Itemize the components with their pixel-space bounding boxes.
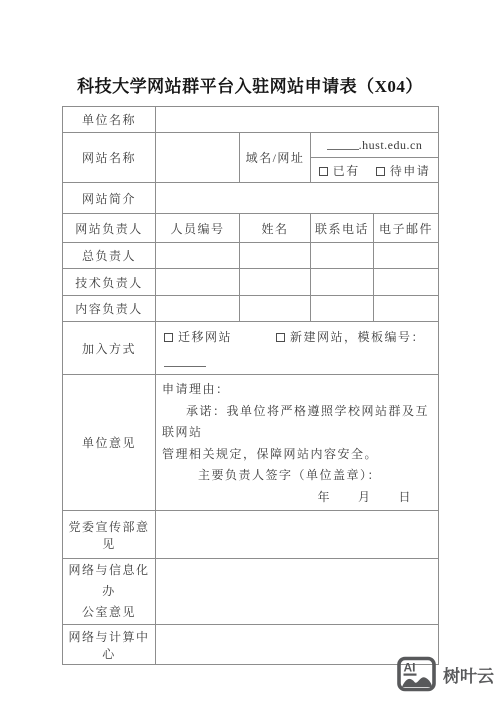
tech-manager-label: 技术负责人 xyxy=(63,269,156,296)
site-name-field[interactable] xyxy=(156,133,240,183)
opinion-reason-line: 申请理由： xyxy=(162,379,432,401)
checkbox-pending-icon[interactable] xyxy=(376,167,385,176)
checkbox-existing-icon[interactable] xyxy=(319,167,328,176)
template-number-blank-line[interactable] xyxy=(164,356,206,367)
managers-label: 网站负责人 xyxy=(63,214,156,243)
domain-value-cell: .hust.edu.cn xyxy=(311,133,439,158)
content-manager-id-field[interactable] xyxy=(156,296,240,322)
column-header-phone: 联系电话 xyxy=(311,214,374,243)
info-office-label-line1: 网络与信息化办 xyxy=(65,560,153,602)
unit-name-field[interactable] xyxy=(156,107,439,133)
info-office-label-line2: 公室意见 xyxy=(65,602,153,623)
table-row-unit-name: 单位名称 xyxy=(63,107,439,133)
domain-blank-line[interactable] xyxy=(327,139,359,150)
brand-name: 树叶云 xyxy=(443,662,494,687)
table-row-site-name: 网站名称 域名/网址 .hust.edu.cn xyxy=(63,133,439,158)
join-method-options: 迁移网站新建网站，模板编号： xyxy=(164,328,430,345)
shuyeyun-watermark: AI 树叶云 xyxy=(397,656,494,692)
tech-manager-email-field[interactable] xyxy=(374,269,439,296)
template-number-line xyxy=(164,355,430,370)
table-row-propaganda-dept: 党委宣传部意见 xyxy=(63,511,439,559)
general-manager-id-field[interactable] xyxy=(156,243,240,269)
tech-manager-name-field[interactable] xyxy=(240,269,311,296)
opinion-signature-line: 主要负责人签字（单位盖章）： xyxy=(162,465,432,487)
propaganda-dept-field[interactable] xyxy=(156,511,439,559)
table-row-computing-center: 网络与计算中心 xyxy=(63,625,439,665)
domain-suffix: .hust.edu.cn xyxy=(359,138,423,152)
opinion-promise-line1: 承诺：我单位将严格遵照学校网站群及互联网站 xyxy=(162,401,432,444)
table-row-site-intro: 网站简介 xyxy=(63,183,439,214)
logo-ai-text: AI xyxy=(404,661,416,675)
table-row-content-manager: 内容负责人 xyxy=(63,296,439,322)
general-manager-label: 总负责人 xyxy=(63,243,156,269)
info-office-field[interactable] xyxy=(156,559,439,625)
site-intro-label: 网站简介 xyxy=(63,183,156,214)
checkbox-migrate-icon[interactable] xyxy=(164,333,173,342)
unit-opinion-label: 单位意见 xyxy=(63,375,156,511)
table-row-unit-opinion: 单位意见 申请理由： 承诺：我单位将严格遵照学校网站群及互联网站 管理相关规定，… xyxy=(63,375,439,511)
propaganda-dept-label: 党委宣传部意见 xyxy=(63,511,156,559)
content-manager-phone-field[interactable] xyxy=(311,296,374,322)
general-manager-email-field[interactable] xyxy=(374,243,439,269)
unit-opinion-cell: 申请理由： 承诺：我单位将严格遵照学校网站群及互联网站 管理相关规定，保障网站内… xyxy=(156,375,439,511)
general-manager-name-field[interactable] xyxy=(240,243,311,269)
domain-label: 域名/网址 xyxy=(240,133,311,183)
domain-option-existing: 已有 xyxy=(319,164,360,178)
site-intro-field[interactable] xyxy=(156,183,439,214)
join-method-label: 加入方式 xyxy=(63,322,156,375)
table-row-managers-header: 网站负责人 人员编号 姓名 联系电话 电子邮件 xyxy=(63,214,439,243)
join-option-migrate-label: 迁移网站 xyxy=(178,330,232,344)
info-office-label: 网络与信息化办 公室意见 xyxy=(63,559,156,625)
table-row-join-method: 加入方式 迁移网站新建网站，模板编号： xyxy=(63,322,439,375)
column-header-name: 姓名 xyxy=(240,214,311,243)
content-manager-email-field[interactable] xyxy=(374,296,439,322)
table-row-general-manager: 总负责人 xyxy=(63,243,439,269)
checkbox-new-site-icon[interactable] xyxy=(276,333,285,342)
join-method-cell: 迁移网站新建网站，模板编号： xyxy=(156,322,439,375)
computing-center-label: 网络与计算中心 xyxy=(63,625,156,665)
tech-manager-id-field[interactable] xyxy=(156,269,240,296)
site-name-label: 网站名称 xyxy=(63,133,156,183)
opinion-date-line: 年 月 日 xyxy=(162,487,432,509)
domain-option-pending: 待申请 xyxy=(376,164,431,178)
tech-manager-phone-field[interactable] xyxy=(311,269,374,296)
join-option-new: 新建网站，模板编号： xyxy=(276,330,425,344)
opinion-promise-line2: 管理相关规定，保障网站内容安全。 xyxy=(162,444,432,466)
domain-option-pending-label: 待申请 xyxy=(390,164,431,178)
application-form-table: 单位名称 网站名称 域名/网址 .hust.edu.cn 已有待申请 网站简介 … xyxy=(62,106,439,665)
content-manager-label: 内容负责人 xyxy=(63,296,156,322)
domain-option-existing-label: 已有 xyxy=(333,164,360,178)
ai-image-icon: AI xyxy=(397,656,436,692)
column-header-email: 电子邮件 xyxy=(374,214,439,243)
table-row-info-office: 网络与信息化办 公室意见 xyxy=(63,559,439,625)
general-manager-phone-field[interactable] xyxy=(311,243,374,269)
page-title: 科技大学网站群平台入驻网站申请表（X04） xyxy=(0,72,500,97)
join-option-migrate: 迁移网站 xyxy=(164,330,232,344)
column-header-staff-id: 人员编号 xyxy=(156,214,240,243)
unit-name-label: 单位名称 xyxy=(63,107,156,133)
domain-options-cell: 已有待申请 xyxy=(311,158,439,183)
table-row-tech-manager: 技术负责人 xyxy=(63,269,439,296)
content-manager-name-field[interactable] xyxy=(240,296,311,322)
join-option-new-label: 新建网站，模板编号： xyxy=(290,330,425,344)
